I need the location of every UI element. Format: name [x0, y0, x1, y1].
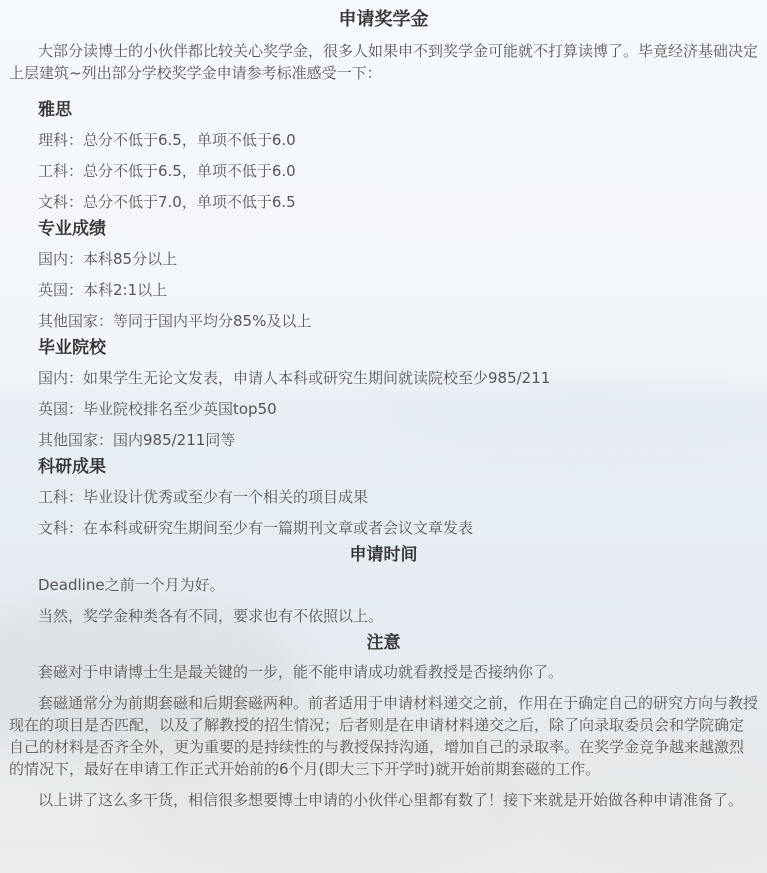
section-gpa: 专业成绩 国内：本科85分以上 英国：本科2:1以上 其他国家：等同于国内平均分…	[9, 217, 758, 336]
section-heading: 科研成果	[9, 455, 758, 479]
list-item: 文科：在本科或研究生期间至少有一篇期刊文章或者会议文章发表	[9, 512, 758, 543]
section-heading: 专业成绩	[9, 217, 758, 241]
list-item: 英国：毕业院校排名至少英国top50	[9, 393, 758, 424]
list-item: 工科：总分不低于6.5，单项不低于6.0	[9, 155, 758, 186]
note-paragraph: 以上讲了这么多干货，相信很多想要博士申请的小伙伴心里都有数了！接下来就是开始做各…	[9, 789, 758, 811]
list-item: 其他国家：等同于国内平均分85%及以上	[9, 305, 758, 336]
list-item: 其他国家：国内985/211同等	[9, 424, 758, 455]
list-item: 当然，奖学金种类各有不同，要求也有不依照以上。	[9, 600, 758, 631]
list-item: 文科：总分不低于7.0，单项不低于6.5	[9, 186, 758, 217]
list-item: 工科：毕业设计优秀或至少有一个相关的项目成果	[9, 481, 758, 512]
section-heading: 雅思	[9, 98, 758, 122]
article: 申请奖学金 大部分读博士的小伙伴都比较关心奖学金，很多人如果申不到奖学金可能就不…	[0, 0, 767, 811]
section-ielts: 雅思 理科：总分不低于6.5，单项不低于6.0 工科：总分不低于6.5，单项不低…	[9, 98, 758, 217]
list-item: Deadline之前一个月为好。	[9, 569, 758, 600]
intro-paragraph: 大部分读博士的小伙伴都比较关心奖学金，很多人如果申不到奖学金可能就不打算读博了。…	[9, 40, 758, 84]
section-graduate-school: 毕业院校 国内：如果学生无论文发表，申请人本科或研究生期间就读院校至少985/2…	[9, 336, 758, 455]
list-item: 国内：如果学生无论文发表，申请人本科或研究生期间就读院校至少985/211	[9, 362, 758, 393]
section-heading: 毕业院校	[9, 336, 758, 360]
note-paragraph: 套磁通常分为前期套磁和后期套磁两种。前者适用于申请材料递交之前，作用在于确定自己…	[9, 692, 758, 780]
list-item: 国内：本科85分以上	[9, 243, 758, 274]
list-item: 英国：本科2:1以上	[9, 274, 758, 305]
section-research: 科研成果 工科：毕业设计优秀或至少有一个相关的项目成果 文科：在本科或研究生期间…	[9, 455, 758, 543]
note-paragraph: 套磁对于申请博士生是最关键的一步，能不能申请成功就看教授是否接纳你了。	[9, 661, 758, 683]
section-heading: 注意	[9, 631, 758, 655]
section-notes: 注意 套磁对于申请博士生是最关键的一步，能不能申请成功就看教授是否接纳你了。 套…	[9, 631, 758, 811]
section-application-time: 申请时间 Deadline之前一个月为好。 当然，奖学金种类各有不同，要求也有不…	[9, 543, 758, 631]
list-item: 理科：总分不低于6.5，单项不低于6.0	[9, 124, 758, 155]
section-heading: 申请时间	[9, 543, 758, 567]
page-title: 申请奖学金	[9, 0, 758, 32]
